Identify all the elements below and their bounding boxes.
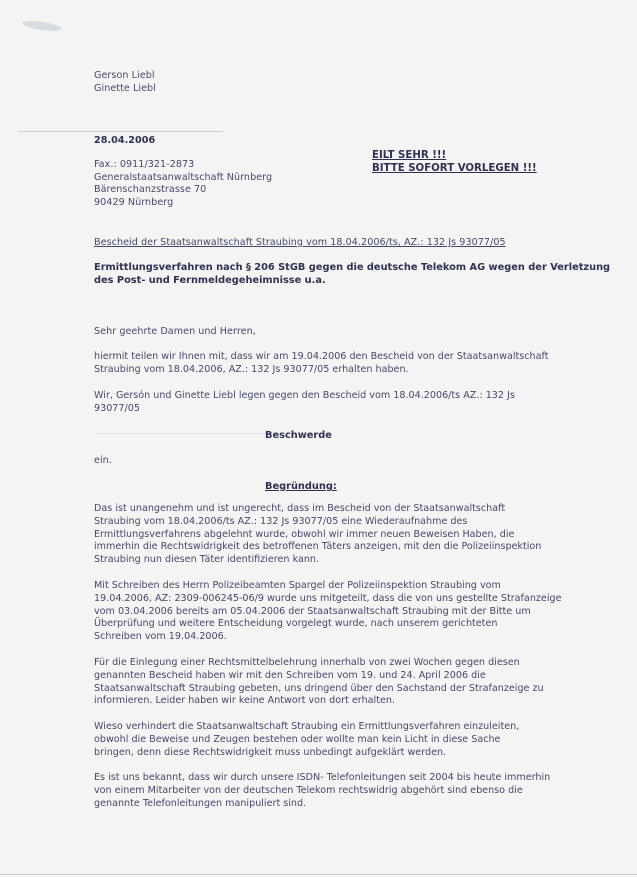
recipient-line: 90429 Nürnberg xyxy=(94,197,272,210)
urgent-line: EILT SEHR !!! xyxy=(372,149,537,162)
paragraph-line: Überprüfung und weitere Entscheidung vor… xyxy=(94,618,562,631)
paragraph-line: bringen, denn diese Rechtswidrigkeit mus… xyxy=(94,747,519,760)
page-bottom-edge xyxy=(0,874,637,875)
recipient-line: Bärenschanzstrasse 70 xyxy=(94,184,272,197)
scan-smudge xyxy=(22,19,63,32)
objection-title: Beschwerde xyxy=(265,429,332,442)
recipient-block: Fax.: 0911/321-2873 Generalstaatsanwalts… xyxy=(94,159,272,209)
paragraph-line: Für die Einlegung einer Rechtsmittelbele… xyxy=(94,657,544,670)
reasoning-paragraph: Das ist unangenehm und ist ungerecht, da… xyxy=(94,503,541,567)
paragraph-line: Wieso verhindert die Staatsanwaltschaft … xyxy=(94,721,519,734)
letter-date: 28.04.2006 xyxy=(94,135,155,148)
paragraph-line: 19.04.2006, AZ: 2309-006245-06/9 wurde u… xyxy=(94,593,562,606)
paragraph-line: Wir, Gersón und Ginette Liebl legen gege… xyxy=(94,390,515,403)
paragraph-line: genannten Bescheid haben wir mit den Sch… xyxy=(94,670,544,683)
sender-name: Gerson Liebl xyxy=(94,70,156,83)
reasoning-paragraph: Wieso verhindert die Staatsanwaltschaft … xyxy=(94,721,519,759)
salutation: Sehr geehrte Damen und Herren, xyxy=(94,326,256,339)
recipient-line: Generalstaatsanwaltschaft Nürnberg xyxy=(94,172,272,185)
paragraph-line: Straubing vom 18.04.2006, AZ.: 132 Js 93… xyxy=(94,364,548,377)
recipient-fax: Fax.: 0911/321-2873 xyxy=(94,159,272,172)
urgent-notice: EILT SEHR !!! BITTE SOFORT VORLEGEN !!! xyxy=(372,149,537,175)
scan-line-artifact xyxy=(96,433,276,434)
paragraph-line: Das ist unangenehm und ist ungerecht, da… xyxy=(94,503,541,516)
objection-closing: ein. xyxy=(94,455,112,468)
paragraph-line: obwohl die Beweise und Zeugen bestehen o… xyxy=(94,734,519,747)
subject-heading: Ermittlungsverfahren nach § 206 StGB geg… xyxy=(94,261,610,288)
paragraph-line: Schreiben vom 19.04.2006. xyxy=(94,631,562,644)
reasoning-paragraph: Für die Einlegung einer Rechtsmittelbele… xyxy=(94,657,544,708)
reasoning-paragraph: Mit Schreiben des Herrn Polizeibeamten S… xyxy=(94,580,562,644)
subject-line: Ermittlungsverfahren nach § 206 StGB geg… xyxy=(94,261,610,274)
paragraph-line: Ermittlungsverfahrens abgelehnt wurde, o… xyxy=(94,529,541,542)
objection-paragraph: Wir, Gersón und Ginette Liebl legen gege… xyxy=(94,390,515,416)
paragraph-line: Es ist uns bekannt, dass wir durch unser… xyxy=(94,772,550,785)
paragraph-line: Mit Schreiben des Herrn Polizeibeamten S… xyxy=(94,580,562,593)
paragraph-line: Straubing nun diesen Täter identifiziere… xyxy=(94,554,541,567)
sender-name: Ginette Liebl xyxy=(94,83,156,96)
scan-line-artifact xyxy=(18,131,223,132)
intro-paragraph: hiermit teilen wir Ihnen mit, dass wir a… xyxy=(94,351,548,377)
subject-line: des Post- und Fernmeldegeheimnisse u.a. xyxy=(94,274,610,287)
reference-line: Bescheid der Staatsanwaltschaft Straubin… xyxy=(94,237,506,250)
paragraph-line: 93077/05 xyxy=(94,403,515,416)
paragraph-line: informieren. Leider haben wir keine Antw… xyxy=(94,695,544,708)
sender-block: Gerson Liebl Ginette Liebl xyxy=(94,70,156,95)
paragraph-line: genannte Telefonleitungen manipuliert si… xyxy=(94,798,550,811)
paragraph-line: vom 03.04.2006 bereits am 05.04.2006 der… xyxy=(94,606,562,619)
reasoning-title: Begründung: xyxy=(265,480,337,493)
urgent-line: BITTE SOFORT VORLEGEN !!! xyxy=(372,162,537,175)
reasoning-paragraph: Es ist uns bekannt, dass wir durch unser… xyxy=(94,772,550,810)
scanned-letter-page: Gerson Liebl Ginette Liebl 28.04.2006 Fa… xyxy=(0,0,637,877)
paragraph-line: Straubing vom 18.04.2006/ts AZ.: 132 Js … xyxy=(94,516,541,529)
paragraph-line: hiermit teilen wir Ihnen mit, dass wir a… xyxy=(94,351,548,364)
paragraph-line: Staatsanwaltschaft Straubing gebeten, un… xyxy=(94,683,544,696)
paragraph-line: von einem Mitarbeiter von der deutschen … xyxy=(94,785,550,798)
paragraph-line: immerhin die Rechtswidrigkeit des betrof… xyxy=(94,541,541,554)
